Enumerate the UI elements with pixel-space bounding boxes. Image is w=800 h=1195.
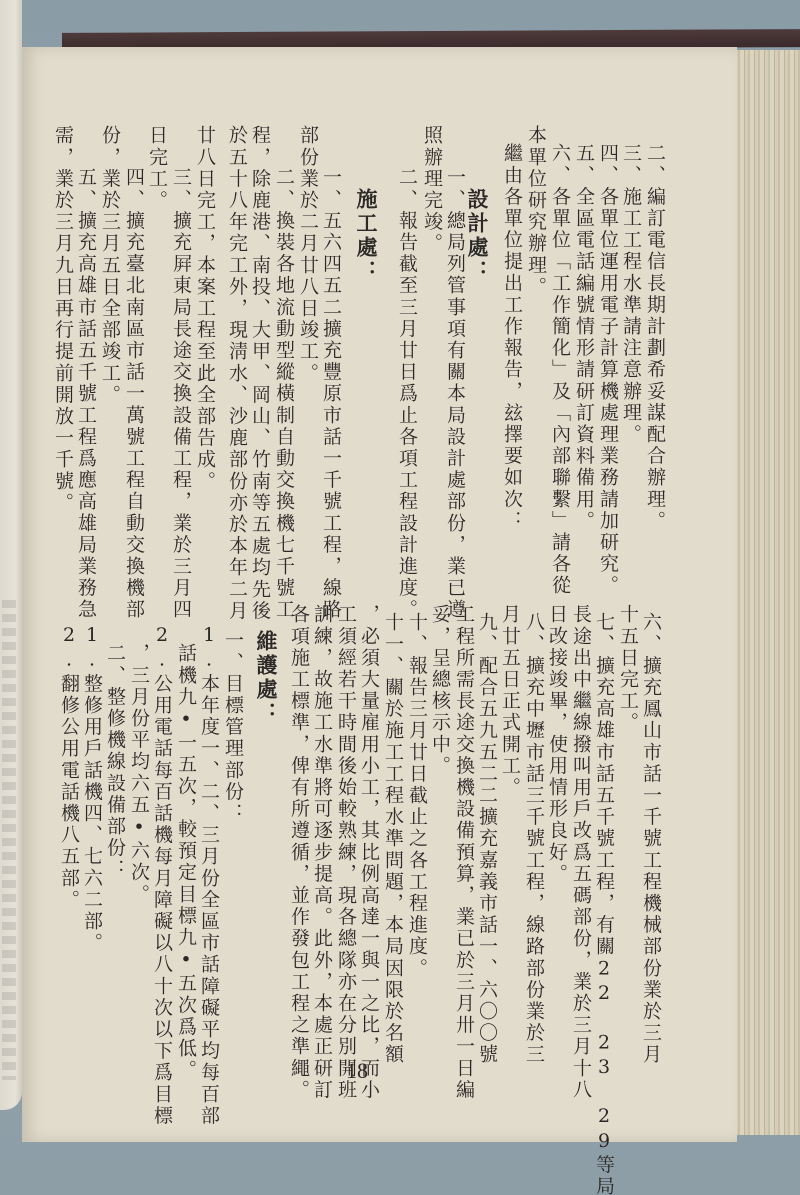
maintenance-heading: 維護處：	[255, 630, 277, 726]
construction-item-2-cont-a: 程，除鹿港、南投、大甲、岡山、竹南等五處均先後	[249, 125, 271, 622]
construction-item-11-cont-c: 訓練，故施工水準將可逐步提高。此外，本處正研訂	[311, 604, 333, 1101]
construction-item-3: 三、擴充屛東局長途交換設備工程，業於三月四	[170, 167, 192, 621]
maintenance-item-1-1: 1.本年度一、二、三月份全區市話障礙平均每百部	[198, 624, 220, 1127]
construction-item-1: 一、五六四五二擴充豐原市話一千號工程，線路	[320, 167, 342, 621]
maintenance-item-2-2: 2.翻修公用電話機八五部。	[58, 624, 80, 911]
maintenance-item-1: 一、目標管理部份：	[222, 630, 244, 824]
construction-item-11-cont-d: 各項施工標準，俾有所遵循，並作發包工程之準繩。	[288, 604, 310, 1101]
construction-item-8-cont: 月廿五日正式開工。	[499, 604, 521, 798]
construction-item-9: 九、配合五九五二二擴充嘉義市話一、六〇〇號	[476, 612, 498, 1066]
construction-item-8: 八、擴充中壢市話三千號工程，線路部份業於三	[523, 612, 545, 1066]
construction-item-6: 六、擴充鳳山市話一千號工程機械部份業於三月	[640, 612, 662, 1066]
construction-item-2-cont-c: 廿八日完工，本案工程至此全部告成。	[194, 125, 216, 492]
construction-item-6-cont: 十五日完工。	[617, 604, 639, 734]
page-number: 18	[346, 1058, 368, 1084]
maintenance-item-2-1: 1.整修用戶話機四、七六二部。	[81, 624, 103, 954]
construction-item-2-cont-b: 於五十八年完工外，現淸水、沙鹿部份亦於本年二月	[226, 125, 248, 622]
construction-heading: 施工處：	[355, 188, 377, 284]
book-page-edges	[735, 50, 800, 1135]
top-report-intro: 繼由各單位提出工作報告，玆擇要如次：	[501, 143, 523, 532]
design-item-2: 二、報告截至三月廿日爲止各項工程設計進度。	[396, 167, 418, 621]
construction-item-9-cont-a: 工程所需長途交換機設備預算，業已於三月卅一日編	[453, 604, 475, 1101]
construction-item-5: 五、擴充高雄市話五千號工程爲應高雄局業務急	[75, 167, 97, 621]
top-item-2: 二、編訂電信長期計劃希妥謀配合辦理。	[644, 143, 666, 532]
construction-item-10: 十、報告三月廿日截止之各工程進度。	[406, 612, 428, 979]
construction-item-7: 七、擴充高雄市話五千號工程，有關22 23 29等局	[593, 612, 615, 1195]
construction-item-4: 四、擴充臺北南區市話一萬號工程自動交換機部	[123, 167, 145, 621]
previous-page-edge	[0, 0, 22, 1110]
maintenance-item-1-1-cont: 話機九•一五次，較預定目標九•五次爲低。	[175, 643, 197, 1081]
top-item-6-cont: 本單位研究辦理。	[525, 125, 547, 298]
construction-item-7-cont-a: 長途出中繼線撥叫用戶改爲五碼部份，業於三月十八	[570, 604, 592, 1101]
construction-item-4-cont: 份，業於三月五日全部竣工。	[99, 125, 121, 406]
construction-item-9-cont-b: 妥，呈總核示中。	[429, 604, 451, 777]
top-item-5: 五、全區電話編號情形請研訂資料備用。	[573, 143, 595, 532]
construction-item-2: 二、換裝各地流動型縱橫制自動交換機七千號工	[273, 167, 295, 621]
top-item-4: 四、各單位運用電子計算機處理業務請加研究。	[597, 143, 619, 597]
maintenance-item-1-2: 2.公用電話每百話機每月障礙以八十次以下爲目標	[151, 624, 173, 1127]
top-item-6: 六、各單位「工作簡化」及「內部聯繫」請各從	[549, 143, 571, 597]
design-heading: 設計處：	[466, 188, 488, 284]
top-item-3: 三、施工工程水準請注意辦理。	[620, 143, 642, 445]
construction-item-5-cont: 需，業於三月九日再行提前開放一千號。	[52, 125, 74, 514]
construction-item-11-cont-b: 工須經若干時間後始較熟練，現各總隊亦在分別開班	[335, 604, 357, 1101]
construction-item-7-cont-b: 日改接竣畢，使用情形良好。	[546, 604, 568, 885]
previous-page-text	[2, 600, 16, 1080]
maintenance-item-2: 二、整修機線設備部份：	[104, 643, 126, 881]
construction-item-11-cont-a: ，必須大量雇用小工，其比例高達一與一之比，而小	[358, 604, 380, 1101]
construction-item-1-cont: 部份業於二月廿八日竣工。	[297, 125, 319, 384]
design-item-1: 一、總局列管事項有關本局設計處部份，業已遵	[444, 167, 466, 621]
maintenance-item-1-2-cont: ，三月份平均六五•六次。	[128, 643, 150, 905]
design-item-1-cont: 照辦理完竣。	[421, 125, 443, 255]
construction-item-3-cont: 日完工。	[146, 125, 168, 211]
construction-item-11: 十一、關於施工工程水準問題，本局因限於名額	[382, 612, 404, 1066]
